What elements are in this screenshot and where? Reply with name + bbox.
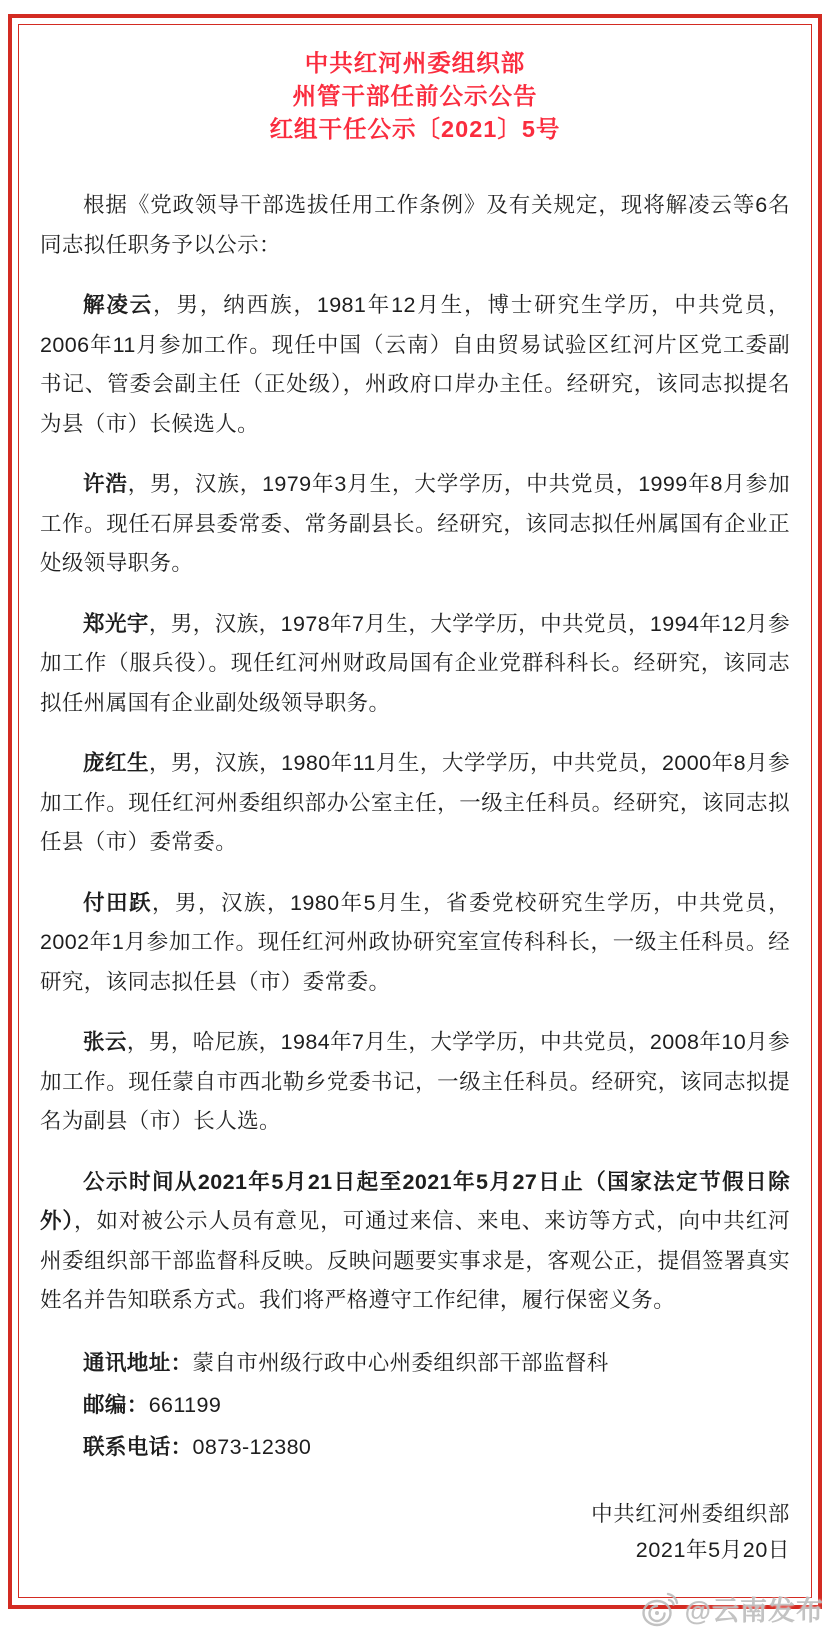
contact-phone-value: 0873-12380 (193, 1435, 312, 1459)
candidate-name-6: 张云 (83, 1030, 127, 1054)
watermark-text: @云南发布 (685, 1589, 824, 1628)
notice-rest: ，如对被公示人员有意见，可通过来信、来电、来访等方式，向中共红河州委组织部干部监… (40, 1209, 790, 1312)
contact-address-row: 通讯地址：蒙自市州级行政中心州委组织部干部监督科 (40, 1342, 790, 1384)
contact-postcode-label: 邮编： (83, 1393, 149, 1417)
document-content: 中共红河州委组织部 州管干部任前公示公告 红组干任公示〔2021〕5号 根据《党… (40, 24, 790, 1568)
candidate-paragraph-3: 郑光宇，男，汉族，1978年7月生，大学学历，中共党员，1994年12月参加工作… (40, 605, 790, 724)
candidate-paragraph-2: 许浩，男，汉族，1979年3月生，大学学历，中共党员，1999年8月参加工作。现… (40, 465, 790, 584)
signature-org: 中共红河州委组织部 (40, 1496, 790, 1532)
candidate-name-1: 解凌云 (83, 293, 153, 317)
contact-postcode-value: 661199 (149, 1393, 222, 1417)
candidate-detail-1: ，男，纳西族，1981年12月生，博士研究生学历，中共党员，2006年11月参加… (40, 293, 790, 436)
announcement-page: 中共红河州委组织部 州管干部任前公示公告 红组干任公示〔2021〕5号 根据《党… (0, 0, 830, 1629)
signature-block: 中共红河州委组织部 2021年5月20日 (40, 1496, 790, 1568)
candidate-detail-2: ，男，汉族，1979年3月生，大学学历，中共党员，1999年8月参加工作。现任石… (40, 472, 790, 575)
candidate-paragraph-5: 付田跃，男，汉族，1980年5月生，省委党校研究生学历，中共党员，2002年1月… (40, 884, 790, 1003)
candidate-detail-4: ，男，汉族，1980年11月生，大学学历，中共党员，2000年8月参加工作。现任… (40, 751, 790, 854)
candidate-paragraph-1: 解凌云，男，纳西族，1981年12月生，博士研究生学历，中共党员，2006年11… (40, 286, 790, 444)
candidate-paragraph-6: 张云，男，哈尼族，1984年7月生，大学学历，中共党员，2008年10月参加工作… (40, 1023, 790, 1142)
watermark: @云南发布 (638, 1587, 824, 1629)
contact-address-value: 蒙自市州级行政中心州委组织部干部监督科 (193, 1351, 609, 1375)
notice-paragraph: 公示时间从2021年5月21日起至2021年5月27日止（国家法定节假日除外），… (40, 1163, 790, 1321)
candidate-name-3: 郑光宇 (83, 612, 149, 636)
document-title: 中共红河州委组织部 州管干部任前公示公告 红组干任公示〔2021〕5号 (40, 47, 790, 146)
contact-phone-label: 联系电话： (83, 1435, 193, 1459)
contact-address-label: 通讯地址： (83, 1351, 193, 1375)
title-line-org: 中共红河州委组织部 (40, 47, 790, 80)
contact-block: 通讯地址：蒙自市州级行政中心州委组织部干部监督科 邮编：661199 联系电话：… (40, 1342, 790, 1468)
candidate-name-2: 许浩 (83, 472, 128, 496)
candidate-detail-6: ，男，哈尼族，1984年7月生，大学学历，中共党员，2008年10月参加工作。现… (40, 1030, 790, 1133)
candidate-name-4: 庞红生 (83, 751, 149, 775)
candidate-name-5: 付田跃 (83, 891, 152, 915)
title-line-subject: 州管干部任前公示公告 (40, 80, 790, 113)
candidate-detail-3: ，男，汉族，1978年7月生，大学学历，中共党员，1994年12月参加工作（服兵… (40, 612, 790, 715)
contact-postcode-row: 邮编：661199 (40, 1384, 790, 1426)
weibo-icon (638, 1587, 684, 1629)
signature-date: 2021年5月20日 (40, 1532, 790, 1568)
title-line-docnumber: 红组干任公示〔2021〕5号 (40, 113, 790, 146)
candidate-detail-5: ，男，汉族，1980年5月生，省委党校研究生学历，中共党员，2002年1月参加工… (40, 891, 790, 994)
candidate-paragraph-4: 庞红生，男，汉族，1980年11月生，大学学历，中共党员，2000年8月参加工作… (40, 744, 790, 863)
contact-phone-row: 联系电话：0873-12380 (40, 1426, 790, 1468)
intro-paragraph: 根据《党政领导干部选拔任用工作条例》及有关规定，现将解凌云等6名同志拟任职务予以… (40, 186, 790, 265)
